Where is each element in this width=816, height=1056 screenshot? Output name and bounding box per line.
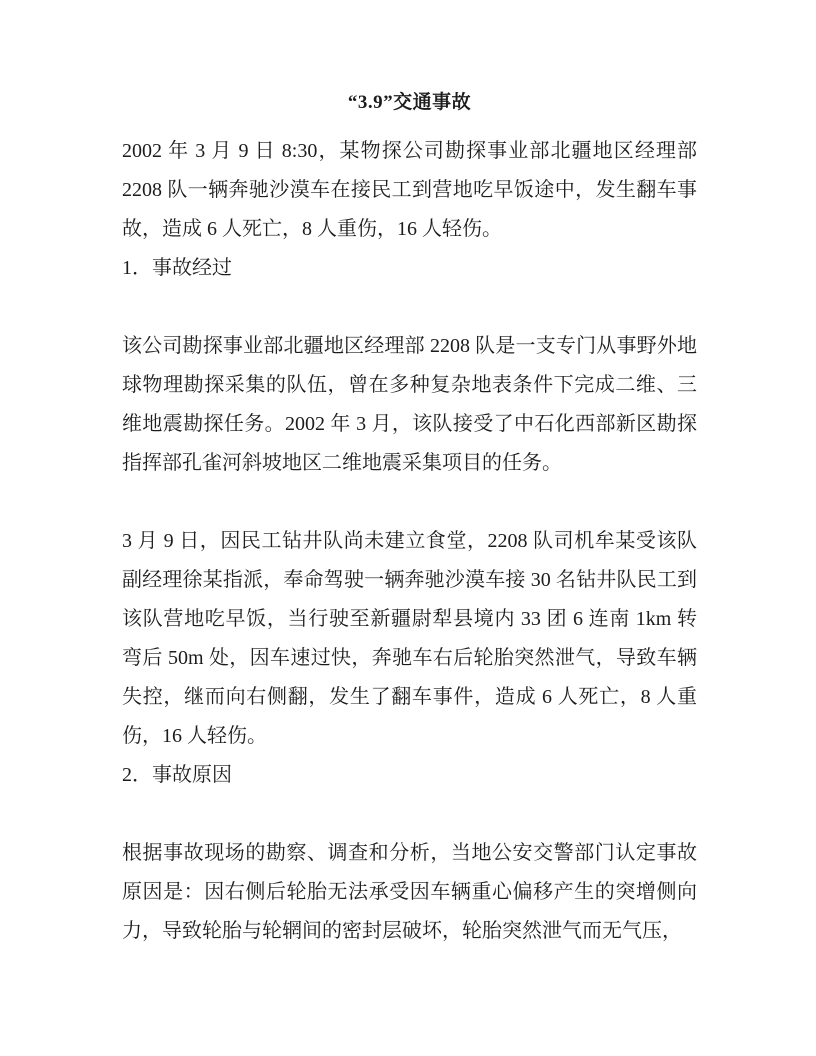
section-1-paragraph-2: 3 月 9 日，因民工钻井队尚未建立食堂，2208 队司机牟某受该队副经理徐某指… xyxy=(122,522,697,756)
section-1-paragraph-1: 该公司勘探事业部北疆地区经理部 2208 队是一支专门从事野外地球物理勘探采集的… xyxy=(122,327,697,483)
document-title: “3.9”交通事故 xyxy=(122,88,697,118)
section-2-paragraph-1: 根据事故现场的勘察、调查和分析，当地公安交警部门认定事故原因是：因右侧后轮胎无法… xyxy=(122,834,697,951)
section-2-heading: 2．事故原因 xyxy=(122,756,697,795)
section-1-heading: 1．事故经过 xyxy=(122,249,697,288)
intro-paragraph: 2002 年 3 月 9 日 8:30，某物探公司勘探事业部北疆地区经理部 22… xyxy=(122,132,697,249)
document-page: “3.9”交通事故 2002 年 3 月 9 日 8:30，某物探公司勘探事业部… xyxy=(0,0,816,1056)
